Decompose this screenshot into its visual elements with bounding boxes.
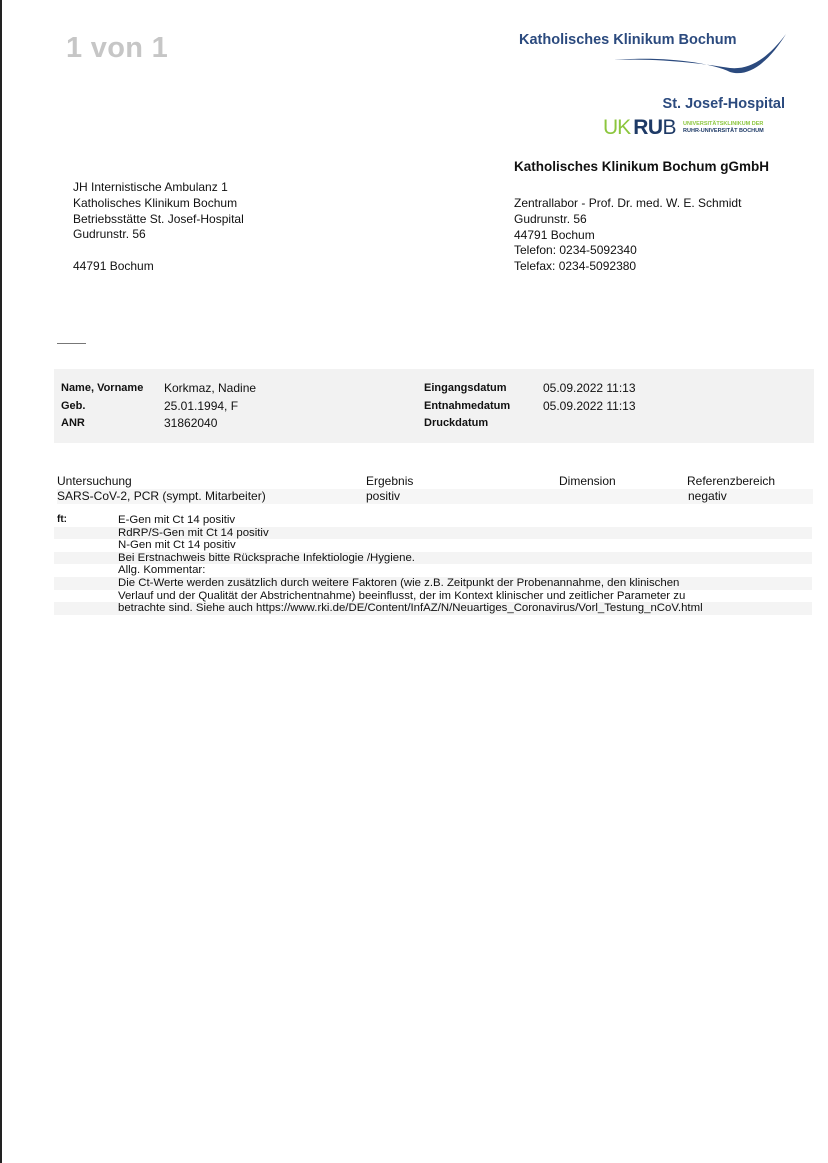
page-counter: 1 von 1 [66, 32, 168, 65]
logo-swoosh-icon [600, 30, 790, 80]
fold-mark [57, 343, 86, 344]
note-line: Bei Erstnachweis bitte Rücksprache Infek… [118, 552, 415, 565]
name-value: Korkmaz, Nadine [164, 381, 256, 395]
note-line: Verlauf und der Qualität der Abstrichent… [118, 590, 685, 603]
anr-label: ANR [61, 417, 85, 429]
note-line: betrachte sind. Siehe auch https://www.r… [118, 602, 703, 615]
sender-city: 44791 Bochum [514, 228, 741, 244]
viewer-left-border [0, 0, 2, 1163]
sender-company: Katholisches Klinikum Bochum gGmbH [514, 159, 769, 174]
sender-address: Zentrallabor - Prof. Dr. med. W. E. Schm… [514, 196, 741, 275]
logo-subline: UNIVERSITÄTSKLINIKUM DER RUHR-UNIVERSITÄ… [683, 121, 764, 135]
recipient-line: Betriebsstätte St. Josef-Hospital [73, 212, 244, 228]
note-line: RdRP/S-Gen mit Ct 14 positiv [118, 527, 269, 540]
recipient-line: Katholisches Klinikum Bochum [73, 196, 244, 212]
sender-street: Gudrunstr. 56 [514, 212, 741, 228]
name-label: Name, Vorname [61, 382, 143, 394]
note-line: Die Ct-Werte werden zusätzlich durch wei… [118, 577, 679, 590]
print-date-label: Druckdatum [424, 417, 488, 429]
patient-info-panel: Name, Vorname Korkmaz, Nadine Geb. 25.01… [54, 369, 814, 443]
test-result: positiv [366, 489, 400, 503]
logo-ukrub: UK RUB UNIVERSITÄTSKLINIKUM DER RUHR-UNI… [603, 116, 764, 140]
note-line: N-Gen mit Ct 14 positiv [118, 539, 236, 552]
header-result: Ergebnis [366, 474, 413, 488]
logo-uk: UK [603, 116, 630, 140]
sender-department: Zentrallabor - Prof. Dr. med. W. E. Schm… [514, 196, 741, 212]
results-header: Untersuchung Ergebnis Dimension Referenz… [57, 474, 813, 489]
recipient-line: JH Internistische Ambulanz 1 [73, 180, 244, 196]
collected-date-value: 05.09.2022 11:13 [543, 399, 636, 413]
note-line: Allg. Kommentar: [118, 564, 205, 577]
table-row: SARS-CoV-2, PCR (sympt. Mitarbeiter) pos… [57, 489, 813, 504]
header-test: Untersuchung [57, 474, 132, 488]
sender-fax: Telefax: 0234-5092380 [514, 259, 741, 275]
anr-value: 31862040 [164, 416, 217, 430]
sender-phone: Telefon: 0234-5092340 [514, 243, 741, 259]
collected-date-label: Entnahmedatum [424, 400, 510, 412]
recipient-line: Gudrunstr. 56 [73, 227, 244, 243]
notes-label: ft: [57, 514, 67, 527]
header-unit: Dimension [559, 474, 616, 488]
received-date-value: 05.09.2022 11:13 [543, 381, 636, 395]
logo-rub: RUB [633, 116, 676, 140]
note-line: E-Gen mit Ct 14 positiv [118, 514, 235, 527]
result-notes: ft: E-Gen mit Ct 14 positiv RdRP/S-Gen m… [54, 514, 812, 615]
test-reference: negativ [688, 489, 727, 503]
test-name: SARS-CoV-2, PCR (sympt. Mitarbeiter) [57, 489, 266, 503]
header-reference: Referenzbereich [687, 474, 775, 488]
dob-value: 25.01.1994, F [164, 399, 238, 413]
logo-hospital-name: St. Josef-Hospital [663, 96, 785, 112]
recipient-address: JH Internistische Ambulanz 1 Katholische… [73, 180, 244, 275]
recipient-city: 44791 Bochum [73, 259, 244, 275]
received-date-label: Eingangsdatum [424, 382, 507, 394]
dob-label: Geb. [61, 400, 85, 412]
